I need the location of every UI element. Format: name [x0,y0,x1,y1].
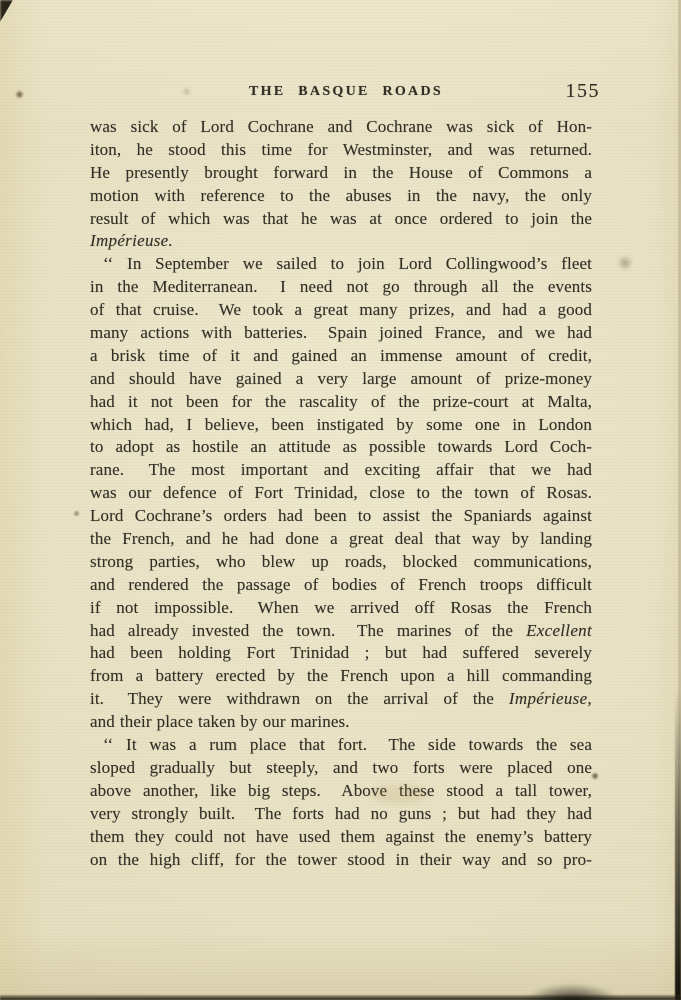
body-text: was our defence of Fort Trinidad, close … [90,483,592,502]
scan-corner-shadow [0,0,13,22]
body-text: had been holding Fort Trinidad ; but had… [90,643,592,662]
text-line: on the high cliff, for the tower stood i… [90,849,592,872]
body-text: result of which was that he was at once … [90,209,592,228]
text-line: had it not been for the rascality of the… [90,391,592,414]
text-line: the French, and he had done a great deal… [90,528,592,551]
text-line: sloped gradually but steeply, and two fo… [90,757,592,780]
scan-speck [15,90,24,99]
text-line: to adopt as hostile an attitude as possi… [90,436,592,459]
text-line: ‘‘ It was a rum place that fort. The sid… [90,734,592,757]
body-text: and should have gained a very large amou… [90,369,592,388]
body-text: a brisk time of it and gained an immense… [90,346,592,365]
text-line: it. They were withdrawn on the arrival o… [90,688,592,711]
text-line: iton, he stood this time for Westminster… [90,139,592,162]
body-text: above another, like big steps. Above the… [90,781,592,800]
body-text: ‘‘ It was a rum place that fort. The sid… [103,735,592,754]
text-line: ‘‘ In September we sailed to join Lord C… [90,253,592,276]
page-header: THE BASQUE ROADS 155 [90,84,602,108]
body-text: sloped gradually but steeply, and two fo… [90,758,592,777]
body-text: rane. The most important and exciting af… [90,460,592,479]
text-line: in the Mediterranean. I need not go thro… [90,276,592,299]
running-head: THE BASQUE ROADS [90,84,602,100]
text-line: had already invested the town. The marin… [90,620,592,643]
book-page-scan: THE BASQUE ROADS 155 was sick of Lord Co… [0,0,681,1000]
body-text: them they could not have used them again… [90,827,592,846]
scan-shadow-blob [502,968,642,1000]
text-line: a brisk time of it and gained an immense… [90,345,592,368]
body-text: He presently brought forward in the Hous… [90,163,592,182]
body-text: very strongly built. The forts had no gu… [90,804,592,823]
text-line: and should have gained a very large amou… [90,368,592,391]
body-text: it. They were withdrawn on the arrival o… [90,689,509,708]
text-line: which had, I believe, been instigated by… [90,414,592,437]
text-line: and rendered the passage of bodies of Fr… [90,574,592,597]
text-line: was sick of Lord Cochrane and Cochrane w… [90,116,592,139]
body-text: and their place taken by our marines. [90,712,350,731]
body-text: and rendered the passage of bodies of Fr… [90,575,592,594]
body-text: on the high cliff, for the tower stood i… [90,850,592,869]
text-line: strong parties, who blew up roads, block… [90,551,592,574]
scan-speck [74,511,79,516]
page-edge-shadow [675,690,681,1000]
body-text: had it not been for the rascality of the… [90,392,592,411]
text-line: from a battery erected by the French upo… [90,665,592,688]
body-text: of that cruise. We took a great many pri… [90,300,592,319]
body-text: iton, he stood this time for Westminster… [90,140,592,159]
scan-speck [591,772,599,780]
text-line: result of which was that he was at once … [90,208,592,231]
text-line: He presently brought forward in the Hous… [90,162,592,185]
body-text: which had, I believe, been instigated by… [90,415,592,434]
text-line: was our defence of Fort Trinidad, close … [90,482,592,505]
text-line: many actions with batteries. Spain joine… [90,322,592,345]
body-text: in the Mediterranean. I need not go thro… [90,277,592,296]
text-line: motion with reference to the abuses in t… [90,185,592,208]
page-number: 155 [566,80,601,103]
body-text: strong parties, who blew up roads, block… [90,552,592,571]
body-text: many actions with batteries. Spain joine… [90,323,592,342]
italic-text: Impérieuse, [509,689,592,708]
text-line: if not impossible. When we arrived off R… [90,597,592,620]
text-line: had been holding Fort Trinidad ; but had… [90,642,592,665]
text-line: of that cruise. We took a great many pri… [90,299,592,322]
text-line: and their place taken by our marines. [90,711,592,734]
italic-text: Excellent [526,621,592,640]
text-line: them they could not have used them again… [90,826,592,849]
text-line: above another, like big steps. Above the… [90,780,592,803]
body-text: the French, and he had done a great deal… [90,529,592,548]
body-text: had already invested the town. The marin… [90,621,526,640]
body-text: Lord Cochrane’s orders had been to assis… [90,506,592,525]
body-text: from a battery erected by the French upo… [90,666,592,685]
text-line: Impérieuse. [90,230,592,253]
page-text: was sick of Lord Cochrane and Cochrane w… [90,116,592,871]
body-text: ‘‘ In September we sailed to join Lord C… [103,254,592,273]
scan-smudge [617,255,633,271]
text-line: rane. The most important and exciting af… [90,459,592,482]
page-bottom-edge [0,995,681,1000]
italic-text: Impérieuse. [90,231,173,250]
body-text: motion with reference to the abuses in t… [90,186,592,205]
text-line: Lord Cochrane’s orders had been to assis… [90,505,592,528]
text-line: very strongly built. The forts had no gu… [90,803,592,826]
body-text: was sick of Lord Cochrane and Cochrane w… [90,117,592,136]
body-text: to adopt as hostile an attitude as possi… [90,437,592,456]
body-text: if not impossible. When we arrived off R… [90,598,592,617]
